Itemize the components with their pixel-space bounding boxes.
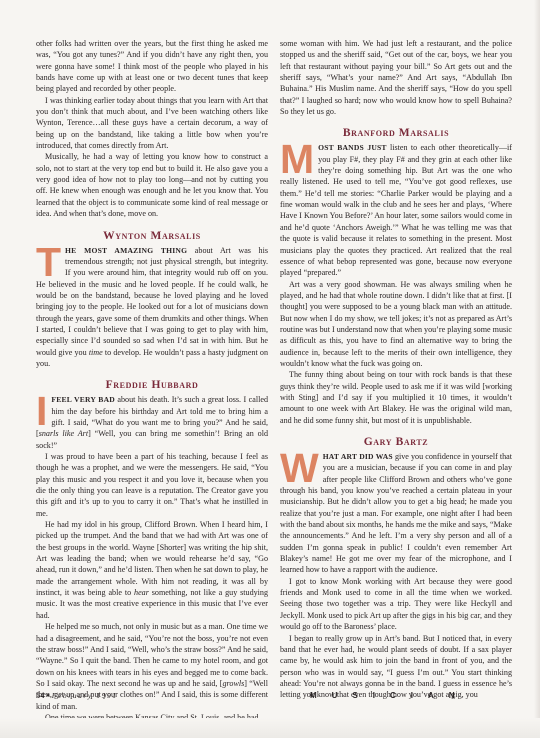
drop-cap: W xyxy=(280,452,319,485)
paragraph-text: He had my idol in his group, Clifford Br… xyxy=(36,520,268,597)
emphasis-text: time xyxy=(89,348,103,357)
body-paragraph: THE MOST AMAZING THING about Art was his… xyxy=(36,245,268,370)
left-column: other folks had written over the years, … xyxy=(36,38,268,723)
section-heading-branford-marsalis: Branford Marsalis xyxy=(280,127,512,140)
body-paragraph: I was thinking earlier today about thing… xyxy=(36,95,268,152)
body-paragraph: Musically, he had a way of letting you k… xyxy=(36,151,268,219)
section-heading-wynton-marsalis: Wynton Marsalis xyxy=(36,230,268,243)
page-edge-shadow xyxy=(534,0,540,738)
emphasis-text: snarls like Art xyxy=(39,429,88,438)
body-paragraph: He had my idol in his group, Clifford Br… xyxy=(36,519,268,621)
body-paragraph: I got to know Monk working with Art beca… xyxy=(280,576,512,633)
body-paragraph: IFEEL VERY BAD about his death. It’s suc… xyxy=(36,394,268,451)
magazine-page: other folks had written over the years, … xyxy=(0,0,540,738)
lead-in-text: HE MOST AMAZING THING xyxy=(65,246,187,255)
page-bottom-shadow xyxy=(0,718,540,738)
lead-in-text: OST BANDS JUST xyxy=(318,143,387,152)
body-paragraph: I was proud to have been a part of his t… xyxy=(36,451,268,519)
page-number: 54 xyxy=(36,690,45,700)
paragraph-text: listen to each other theoretically—if yo… xyxy=(280,143,512,277)
issue-date: February 1991 xyxy=(52,691,118,700)
lead-in-text: HAT ART DID WAS xyxy=(323,452,393,461)
drop-cap: T xyxy=(36,246,61,279)
lead-in-text: FEEL VERY BAD xyxy=(51,395,115,404)
page-footer: 54 • February 1991 MUSICIAN xyxy=(36,690,516,704)
body-paragraph: some woman with him. We had just left a … xyxy=(280,38,512,117)
body-paragraph: The funny thing about being on tour with… xyxy=(280,369,512,426)
folio: 54 • February 1991 xyxy=(36,690,118,700)
body-paragraph: Art was a very good showman. He was alwa… xyxy=(280,279,512,370)
magazine-name: MUSICIAN xyxy=(310,691,470,700)
emphasis-text: hear xyxy=(134,588,149,597)
emphasis-text: growls xyxy=(223,679,245,688)
bullet-separator: • xyxy=(47,690,50,700)
drop-cap: M xyxy=(280,143,314,176)
drop-cap: I xyxy=(36,395,47,428)
body-paragraph: other folks had written over the years, … xyxy=(36,38,268,95)
body-paragraph: MOST BANDS JUST listen to each other the… xyxy=(280,142,512,278)
paragraph-text: about Art was his tremendous strength; n… xyxy=(36,246,268,357)
body-paragraph: WHAT ART DID WAS give you confidence in … xyxy=(280,451,512,576)
right-column: some woman with him. We had just left a … xyxy=(280,38,512,701)
section-heading-freddie-hubbard: Freddie Hubbard xyxy=(36,379,268,392)
